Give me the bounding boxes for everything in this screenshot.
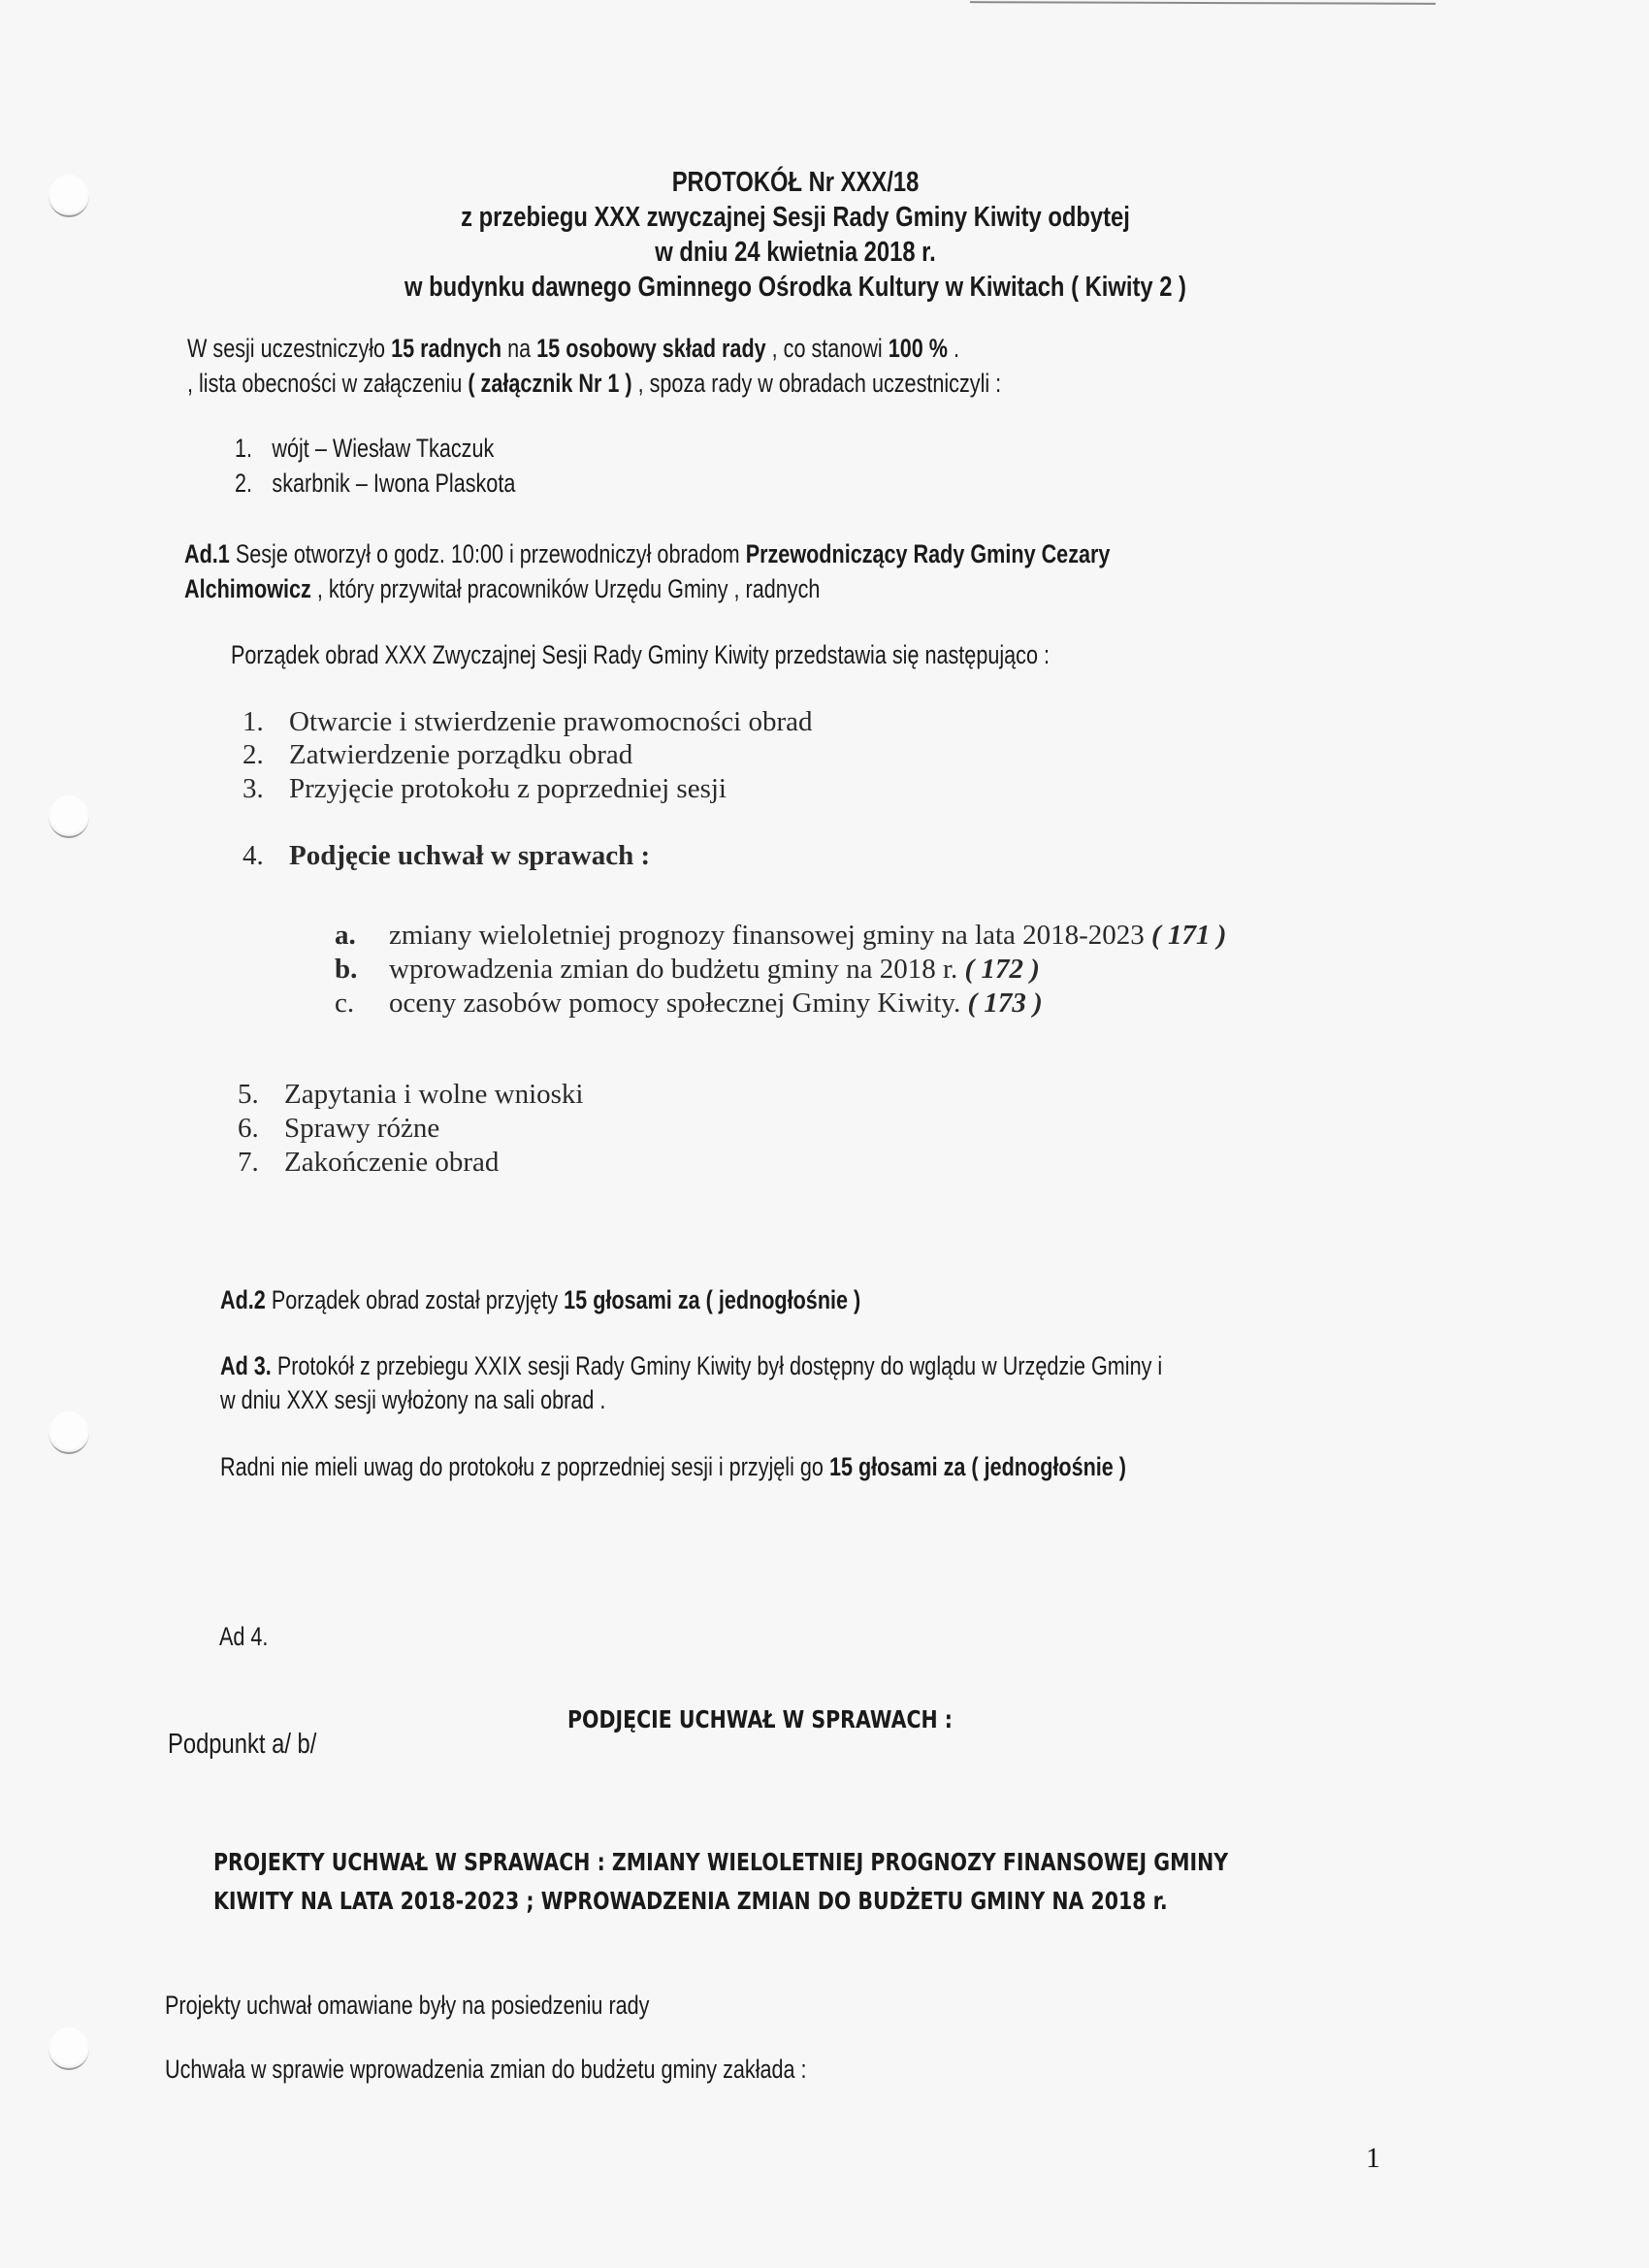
chairman-surname: Alchimowicz <box>184 574 311 603</box>
agenda-text: Zapytania i wolne wnioski <box>284 1079 583 1110</box>
budget-resolution-intro: Uchwała w sprawie wprowadzenia zmian do … <box>165 2055 807 2085</box>
agenda-subitem: c.oceny zasobów pomocy społecznej Gminy … <box>335 988 1043 1020</box>
punch-hole <box>48 175 89 217</box>
attendance-paragraph: W sesji uczestniczyło 15 radnych na 15 o… <box>187 334 959 364</box>
section-label: Ad 3. <box>220 1351 272 1380</box>
ad4-heading: PODJĘCIE UCHWAŁ W SPRAWACH : <box>567 1705 953 1733</box>
page-number: 1 <box>1366 2142 1380 2175</box>
resolution-ref: ( 173 ) <box>968 988 1043 1019</box>
agenda-subitem: a.zmiany wieloletniej prognozy finansowe… <box>335 920 1226 952</box>
list-letter: a. <box>335 920 389 952</box>
agenda-text: Sprawy różne <box>284 1113 439 1144</box>
text: Sesje otworzył o godz. 10:00 i przewodni… <box>230 539 746 568</box>
attachment-reference: ( załącznik Nr 1 ) <box>468 369 631 398</box>
agenda-text: Zakończenie obrad <box>284 1147 499 1178</box>
council-size: 15 osobowy skład rady <box>536 334 766 363</box>
list-number: 5. <box>238 1079 284 1111</box>
list-letter: b. <box>335 954 389 986</box>
list-number: 6. <box>238 1113 284 1145</box>
punch-hole <box>48 795 89 838</box>
agenda-item: 4.Podjęcie uchwał w sprawach : <box>242 840 650 872</box>
subitem-text: oceny zasobów pomocy społecznej Gminy Ki… <box>389 988 968 1019</box>
agenda-item: 1.Otwarcie i stwierdzenie prawomocności … <box>242 706 813 738</box>
ad2-paragraph: Ad.2 Porządek obrad został przyjęty 15 g… <box>220 1285 860 1315</box>
guest-name: wójt – Wiesław Tkaczuk <box>272 434 494 463</box>
agenda-text: Zatwierdzenie porządku obrad <box>289 739 632 770</box>
list-number: 7. <box>238 1147 284 1179</box>
agenda-item: 5.Zapytania i wolne wnioski <box>238 1079 583 1111</box>
agenda-text: Otwarcie i stwierdzenie prawomocności ob… <box>289 706 813 737</box>
list-number: 2. <box>242 739 289 771</box>
councillors-count: 15 radnych <box>391 334 501 363</box>
resolution-ref: ( 171 ) <box>1151 920 1226 951</box>
guest-item: 1.wójt – Wiesław Tkaczuk <box>235 434 494 464</box>
agenda-item: 7.Zakończenie obrad <box>238 1147 499 1179</box>
ad3-paragraph-cont: w dniu XXX sesji wyłożony na sali obrad … <box>220 1385 605 1415</box>
agenda-intro: Porządek obrad XXX Zwyczajnej Sesji Rady… <box>231 640 1050 670</box>
subitem-text: wprowadzenia zmian do budżetu gminy na 2… <box>389 954 965 985</box>
text: . <box>948 334 959 363</box>
text: , co stanowi <box>766 334 889 363</box>
text: , który przywitał pracowników Urzędu Gmi… <box>311 574 821 603</box>
subpoint-label: Podpunkt a/ b/ <box>168 1729 316 1761</box>
section-label: Ad.2 <box>220 1285 266 1314</box>
ad3-paragraph: Ad 3. Protokół z przebiegu XXIX sesji Ra… <box>220 1351 1162 1381</box>
scan-edge-line <box>970 1 1436 5</box>
attendance-list-paragraph: , lista obecności w załączeniu ( załączn… <box>187 369 1001 399</box>
text: , lista obecności w załączeniu <box>187 369 468 398</box>
agenda-item: 2.Zatwierdzenie porządku obrad <box>242 739 632 771</box>
projects-heading-line1: PROJEKTY UCHWAŁ W SPRAWACH : ZMIANY WIEL… <box>213 1848 1228 1876</box>
attendance-percent: 100 % <box>889 334 948 363</box>
document-subtitle: z przebiegu XXX zwyczajnej Sesji Rady Gm… <box>144 202 1448 234</box>
subitem-text: zmiany wieloletniej prognozy finansowej … <box>389 920 1151 951</box>
text: Porządek obrad został przyjęty <box>266 1285 564 1314</box>
ad1-paragraph: Ad.1 Sesje otworzył o godz. 10:00 i prze… <box>184 539 1110 569</box>
agenda-text: Podjęcie uchwał w sprawach : <box>289 840 650 871</box>
text: na <box>501 334 536 363</box>
text: Protokół z przebiegu XXIX sesji Rady Gmi… <box>272 1351 1162 1380</box>
vote-result: 15 głosami za ( jednogłośnie ) <box>829 1452 1126 1481</box>
agenda-text: Przyjęcie protokołu z poprzedniej sesji <box>289 773 727 804</box>
projects-heading-line2: KIWITY NA LATA 2018-2023 ; WPROWADZENIA … <box>213 1887 1168 1915</box>
session-location: w budynku dawnego Gminnego Ośrodka Kultu… <box>144 272 1448 304</box>
ad1-paragraph-cont: Alchimowicz , który przywitał pracownikó… <box>184 574 820 604</box>
punch-hole <box>48 2027 89 2070</box>
text: W sesji uczestniczyło <box>187 334 391 363</box>
session-date: w dniu 24 kwietnia 2018 r. <box>144 237 1448 269</box>
list-number: 4. <box>242 840 289 872</box>
agenda-item: 6.Sprawy różne <box>238 1113 439 1145</box>
list-number: 2. <box>235 469 272 499</box>
list-number: 1. <box>235 434 272 464</box>
punch-hole <box>48 1411 89 1454</box>
agenda-item: 3.Przyjęcie protokołu z poprzedniej sesj… <box>242 773 727 805</box>
list-number: 3. <box>242 773 289 805</box>
resolution-ref: ( 172 ) <box>965 954 1040 985</box>
guest-name: skarbnik – Iwona Plaskota <box>272 469 515 498</box>
agenda-subitem: b.wprowadzenia zmian do budżetu gminy na… <box>335 954 1040 986</box>
ad3-approval: Radni nie mieli uwag do protokołu z popr… <box>220 1452 1126 1482</box>
guest-item: 2.skarbnik – Iwona Plaskota <box>235 469 515 499</box>
vote-result: 15 głosami za ( jednogłośnie ) <box>564 1285 860 1314</box>
text: , spoza rady w obradach uczestniczyli : <box>632 369 1002 398</box>
projects-discussed: Projekty uchwał omawiane były na posiedz… <box>165 1991 649 2021</box>
list-number: 1. <box>242 706 289 738</box>
list-letter: c. <box>335 988 389 1020</box>
document-title: PROTOKÓŁ Nr XXX/18 <box>144 167 1448 199</box>
chairman-name: Przewodniczący Rady Gminy Cezary <box>746 539 1111 568</box>
section-label: Ad.1 <box>184 539 230 568</box>
text: Radni nie mieli uwag do protokołu z popr… <box>220 1452 829 1481</box>
ad4-label: Ad 4. <box>219 1622 268 1652</box>
